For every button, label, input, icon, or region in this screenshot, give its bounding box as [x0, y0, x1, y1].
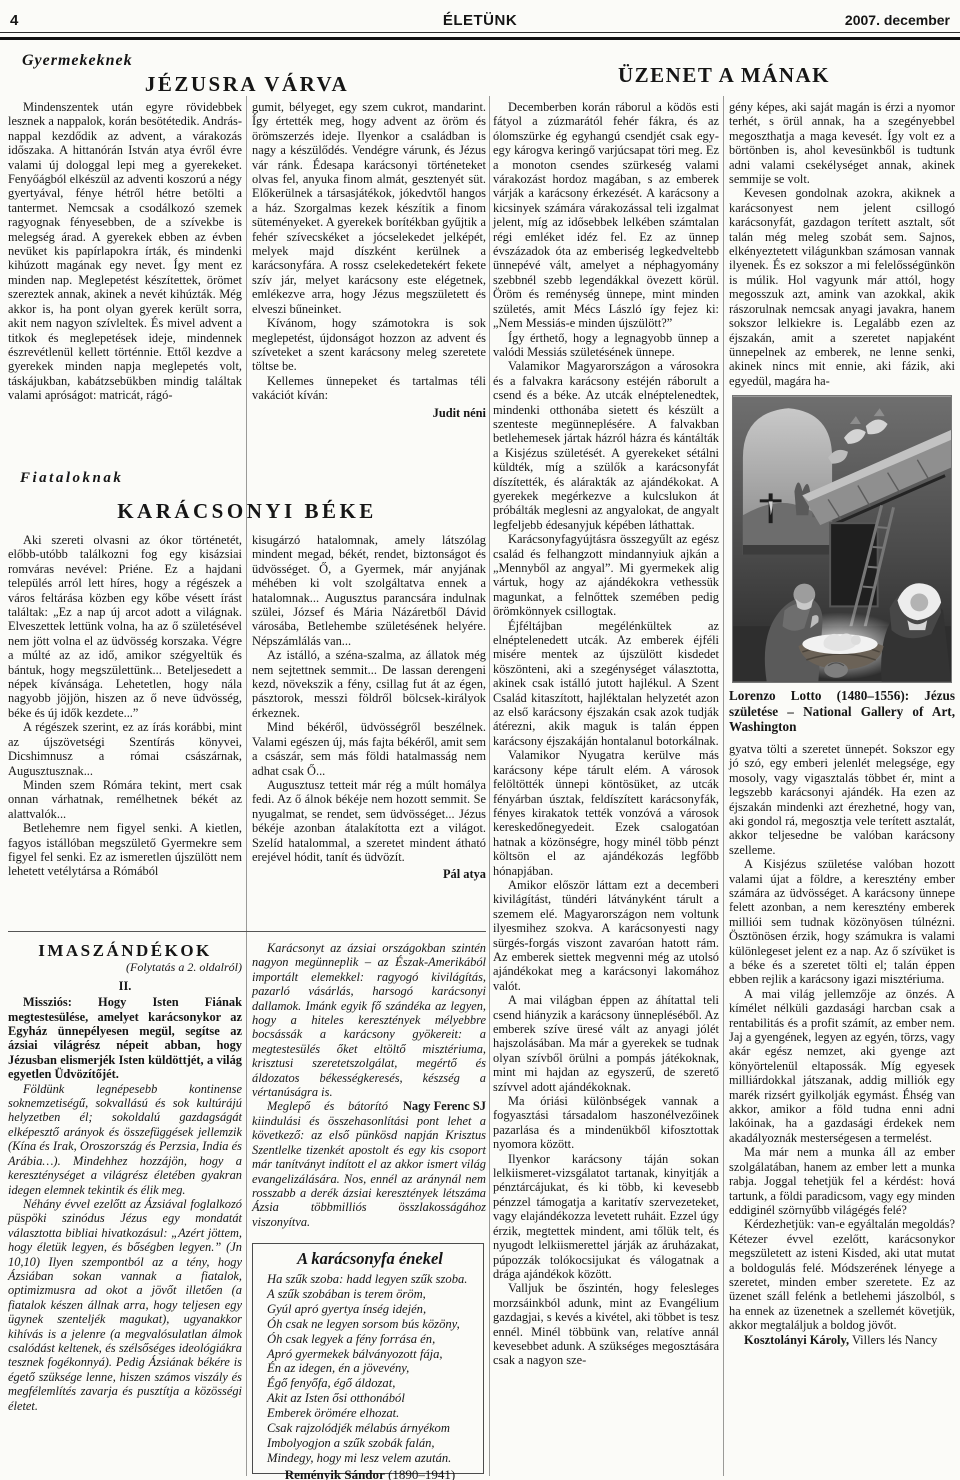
article-karacsonyi-beke-col2: kisugárzó hatalomnak, amely látszólag mi…	[252, 533, 486, 882]
paragraph: Augusztusz tetteit már rég a múlt homály…	[252, 778, 486, 864]
poem-line: Én az idegen, én a jövevény,	[267, 1361, 473, 1376]
uzenet-col4-lower-text: gyatva tölti a szeretet ünnepét. Sokszor…	[729, 742, 955, 1347]
paragraph: Minden szem Rómára tekint, mert csak onn…	[8, 778, 242, 821]
paragraph: Kívánom, hogy számotokra is sok meglepet…	[252, 316, 486, 374]
article-jezusra-varva-col2: gumit, bélyeget, egy szem cukrot, mandar…	[252, 100, 486, 420]
paragraph: Nagy Ferenc SJMeglepő és bátorító kiindu…	[252, 1099, 486, 1229]
paragraph: Missziós: Hogy Isten Fiának megtestesülé…	[8, 995, 242, 1081]
paragraph: Éjféltájban megélénkültek az elnéptelene…	[493, 619, 719, 749]
poem-line: Mindegy, hogy mi lesz velem azután.	[267, 1451, 473, 1466]
article-uzenet-col4: gény képes, aki saját magán is érzi a ny…	[729, 100, 955, 1347]
imaszandekok-text: Missziós: Hogy Isten Fiának megtestesülé…	[8, 995, 242, 1413]
paragraph: Pál atya	[252, 867, 486, 881]
paragraph: Ilyenkor karácsony táján sokan lelkiisme…	[493, 1152, 719, 1282]
paragraph: Földünk legnépesebb kontinense soknemzet…	[8, 1082, 242, 1197]
paragraph: Az istálló, a széna-szalma, az állatok m…	[252, 648, 486, 720]
header-rule-thin	[0, 32, 960, 33]
paragraph: Valamikor Magyarországon a városokra és …	[493, 359, 719, 532]
poem-line: Apró gyermekek bálványozott fája,	[267, 1347, 473, 1362]
paragraph: Valljuk be őszintén, hogy felesleges mor…	[493, 1281, 719, 1367]
continuation-note: (Folytatás a 2. oldalról)	[8, 960, 242, 974]
poem-line: Imbolyogjon a szűk szobák falán,	[267, 1436, 473, 1451]
nativity-painting	[732, 395, 952, 683]
paragraph: Így érthető, hogy a legnagyobb ünnep a v…	[493, 331, 719, 360]
poem-line: Égő fenyőfa, égő áldozat,	[267, 1376, 473, 1391]
paragraph: gény képes, aki saját magán is érzi a ny…	[729, 100, 955, 186]
part-number: II.	[8, 979, 242, 993]
poem-title: A karácsonyfa énekel	[267, 1249, 473, 1269]
paragraph: gyatva tölti a szeretet ünnepét. Sokszor…	[729, 742, 955, 857]
column-divider	[246, 96, 247, 1476]
paragraph: A Kisjézus születése valóban hozott vala…	[729, 857, 955, 987]
poem-box: A karácsonyfa énekel Ha szűk szoba: hadd…	[252, 1243, 484, 1474]
poem-line: Akit az Isten ősi otthonából	[267, 1391, 473, 1406]
header-rule-thick	[0, 37, 960, 40]
paragraph: gumit, bélyeget, egy szem cukrot, mandar…	[252, 100, 486, 316]
headline-uzenet-a-manak: ÜZENET A MÁNAK	[492, 63, 956, 88]
paragraph: Kérdezhetjük: van-e egyáltalán megoldás?…	[729, 1217, 955, 1332]
kicker-fiataloknak: Fiataloknak	[20, 470, 123, 487]
poem-line: Emberek örömére elhozat.	[267, 1406, 473, 1421]
poem-line: Ha szűk szoba: hadd legyen szűk szoba.	[267, 1272, 473, 1287]
headline-karacsonyi-beke: KARÁCSONYI BÉKE	[8, 499, 486, 524]
paragraph: Kevesen gondolnak azokra, akiknek a kará…	[729, 186, 955, 388]
paragraph: Decemberben korán ráborul a ködös esti f…	[493, 100, 719, 331]
paragraph: Ma óriási különbségek vannak a fogyasztá…	[493, 1094, 719, 1152]
article-imaszandekok-col2: Karácsonyt az ázsiai országokban szintén…	[252, 941, 486, 1229]
poem-line: Óh csak ne legyen sorsom bús közöny,	[267, 1317, 473, 1332]
paragraph: Judit néni	[252, 406, 486, 420]
article-imaszandekok-col1: IMASZÁNDÉKOK (Folytatás a 2. oldalról) I…	[8, 944, 242, 1413]
paragraph: Aki szereti olvasni az ókor történetét, …	[8, 533, 242, 720]
paragraph: A mai világban éppen az áhítattal teli c…	[493, 993, 719, 1094]
poem-line: Gyúl apró gyertya ínség idején,	[267, 1302, 473, 1317]
paragraph: Karácsonyfagyújtásra összegyűlt az egész…	[493, 532, 719, 618]
paragraph: A régészek szerint, ez az írás korábbi, …	[8, 720, 242, 778]
paragraph: Kosztolányi Károly, Villers lés Nancy	[729, 1333, 955, 1347]
paragraph: Amikor először láttam ezt a decemberi ki…	[493, 878, 719, 993]
paragraph: kisugárzó hatalomnak, amely látszólag mi…	[252, 533, 486, 648]
poem-line: A szűk szobában is terem öröm,	[267, 1287, 473, 1302]
poem-body: Ha szűk szoba: hadd legyen szűk szoba.A …	[267, 1272, 473, 1466]
column-divider	[489, 96, 490, 1476]
paragraph: Valamikor Nyugatra kerülve más karácsony…	[493, 748, 719, 878]
masthead: ÉLETÜNK	[0, 12, 960, 29]
article-jezusra-varva-col1: Mindenszentek után egyre rövidebbek lesz…	[8, 100, 242, 403]
poem-attribution: Reményik Sándor (1890–1941)	[267, 1467, 473, 1480]
paragraph: Kellemes ünnepeket és tartalmas téli vak…	[252, 374, 486, 403]
paragraph: Karácsonyt az ázsiai országokban szintén…	[252, 941, 486, 1099]
article-karacsonyi-beke-col1: Aki szereti olvasni az ókor történetét, …	[8, 533, 242, 879]
newspaper-page: 4 ÉLETÜNK 2007. december Gyermekeknek JÉ…	[0, 0, 960, 1480]
kicker-gyermekeknek: Gyermekeknek	[22, 52, 133, 70]
headline-jezusra-varva: JÉZUSRA VÁRVA	[8, 72, 486, 97]
painting-caption: Lorenzo Lotto (1480–1556): Jézus születé…	[729, 688, 955, 735]
uzenet-col4-upper-text: gény képes, aki saját magán is érzi a ny…	[729, 100, 955, 388]
paragraph: Néhány évvel ezelőtt az Ázsiával foglalk…	[8, 1197, 242, 1413]
article-uzenet-col3: Decemberben korán ráborul a ködös esti f…	[493, 100, 719, 1368]
paragraph: Betlehemre nem figyel senki. A kietlen, …	[8, 821, 242, 879]
headline-imaszandekok: IMASZÁNDÉKOK	[8, 944, 242, 958]
paragraph: Ma már nem a munka áll az ember szolgála…	[729, 1145, 955, 1217]
column-divider	[723, 96, 724, 1476]
poem-line: Óh csak legyek a fény forrása én,	[267, 1332, 473, 1347]
paragraph: Mindenszentek után egyre rövidebbek lesz…	[8, 100, 242, 403]
poem-line: Csak rajzolódjék mélabús árnyékom	[267, 1421, 473, 1436]
issue-date: 2007. december	[845, 12, 950, 28]
section-divider	[8, 931, 486, 932]
paragraph: Mind békéről, üdvösségről beszélnek. Val…	[252, 720, 486, 778]
paragraph: A mai világ jellemzője az önzés. A kímél…	[729, 987, 955, 1145]
